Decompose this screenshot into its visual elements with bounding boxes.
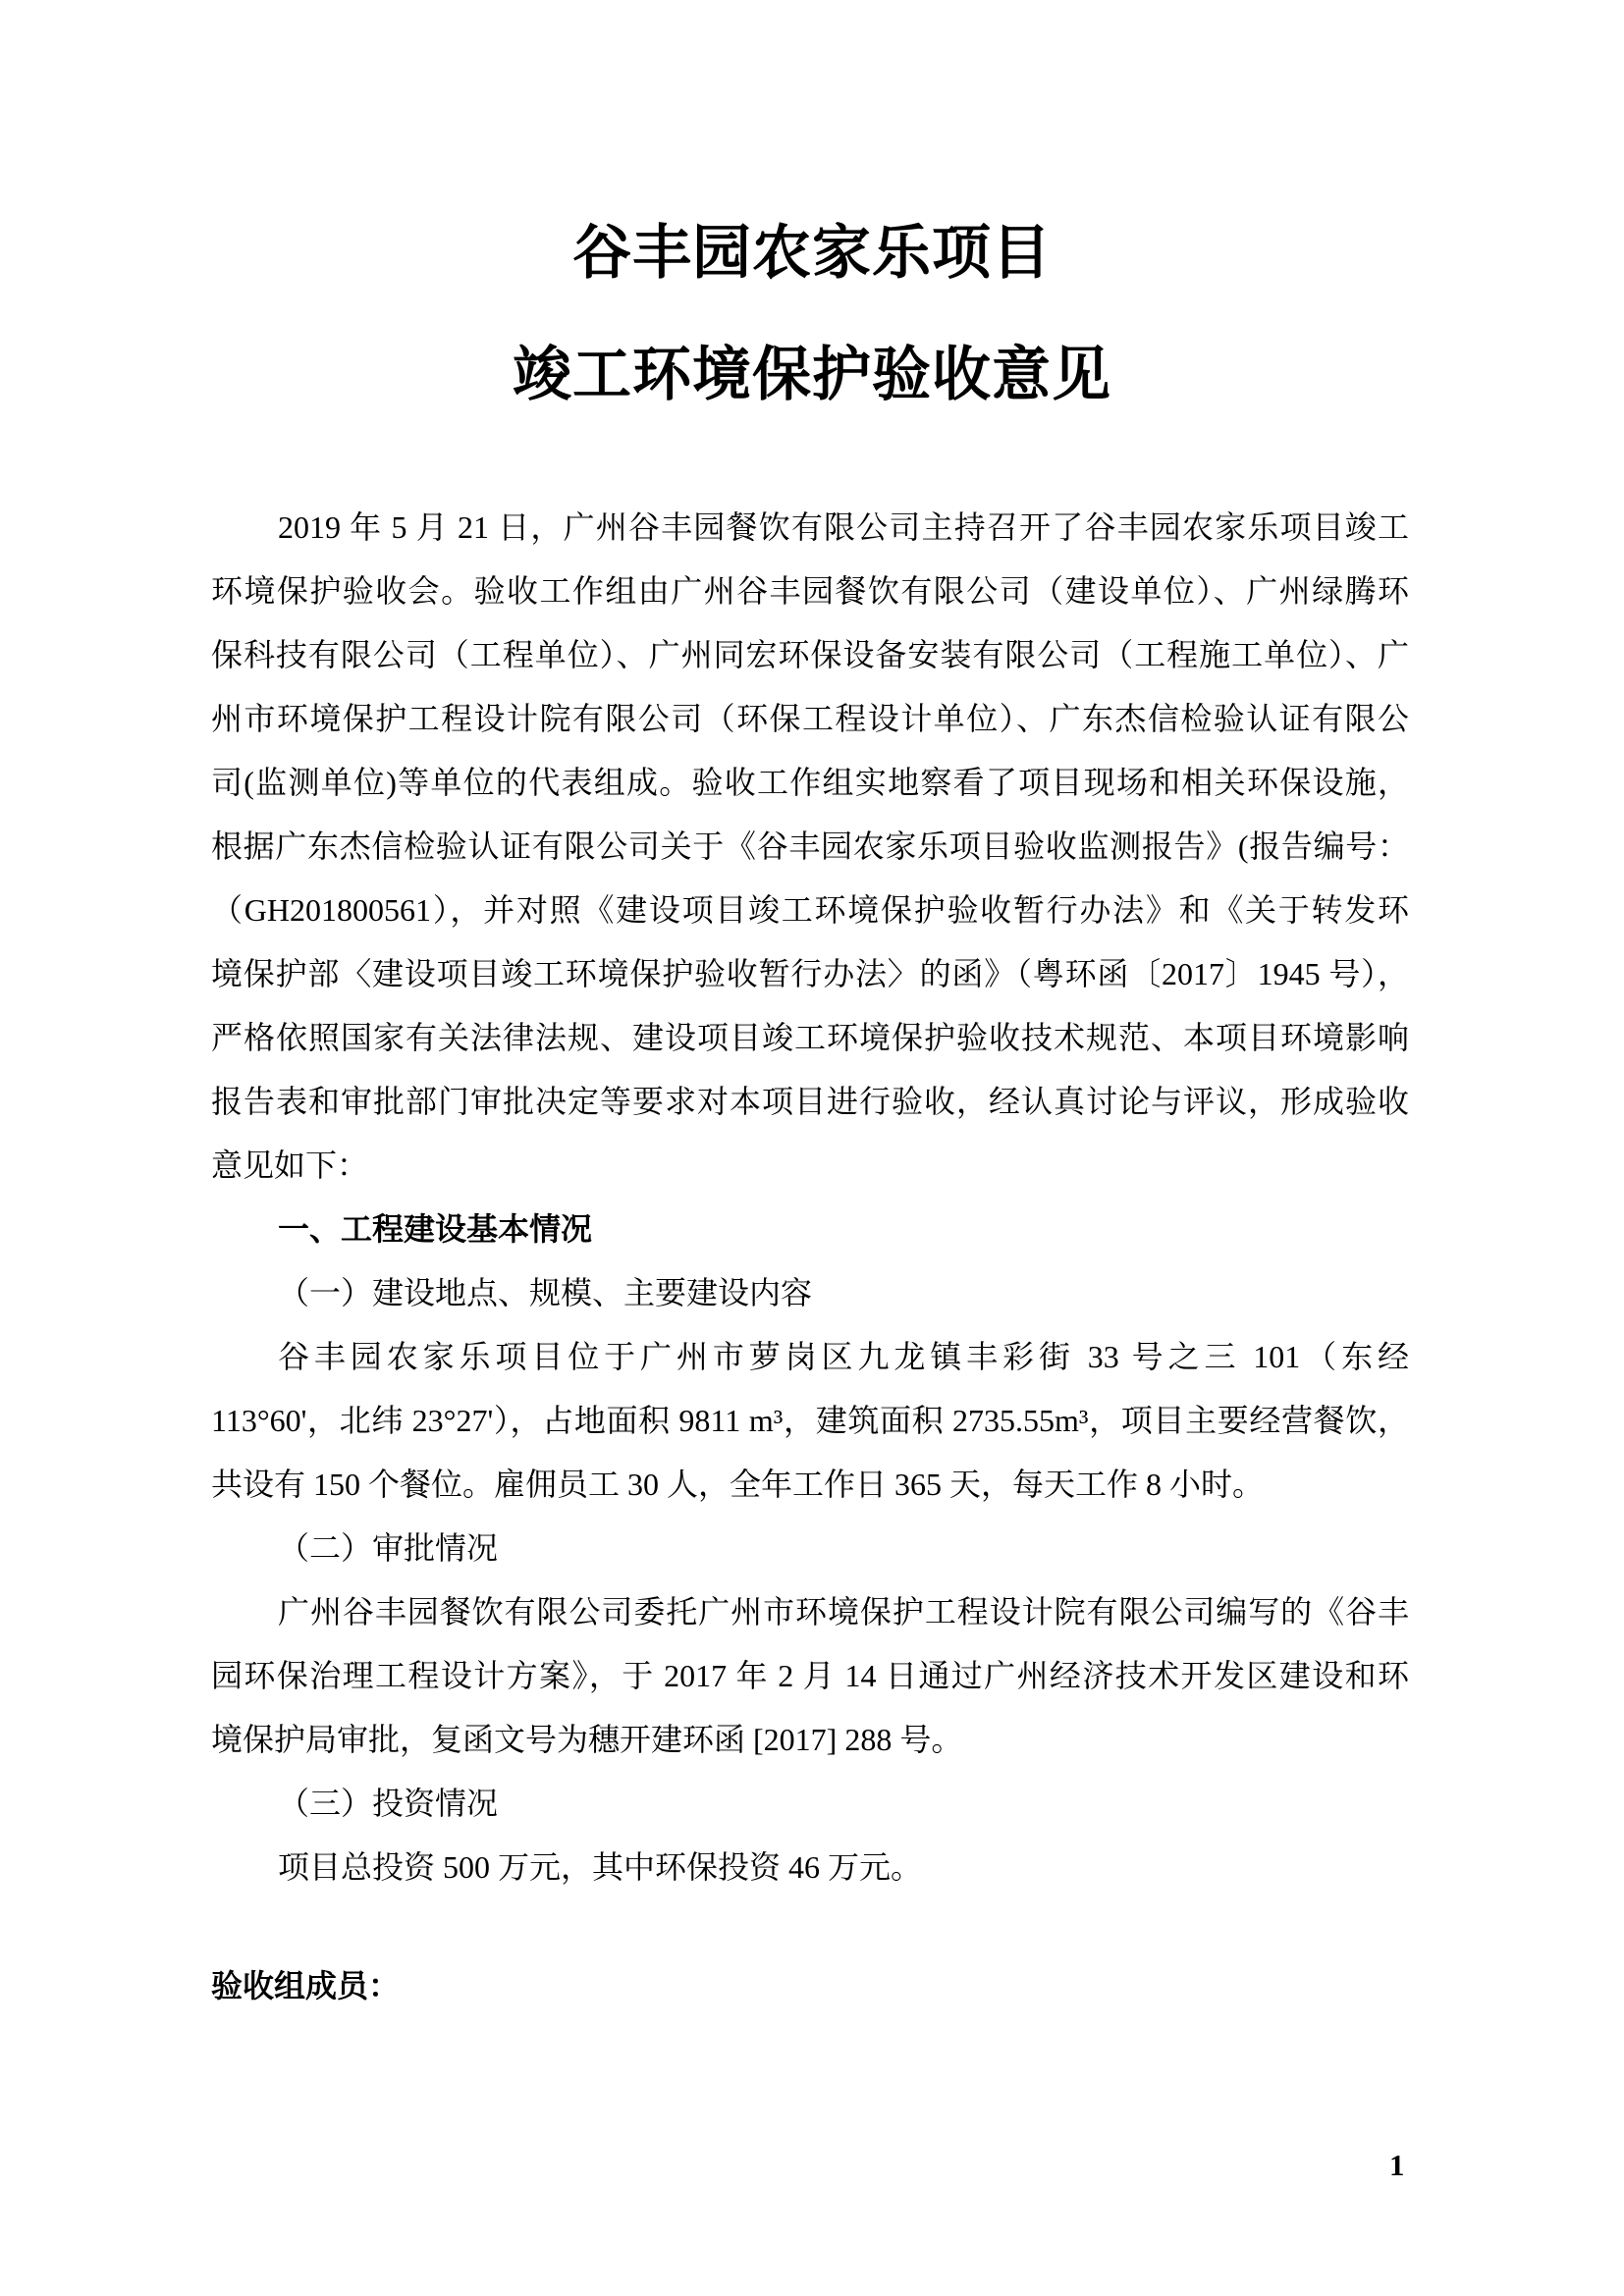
acceptance-group-members-label: 验收组成员：	[211, 1961, 400, 2010]
page-number: 1	[1389, 2146, 1448, 2185]
intro-line: 意见如下：	[211, 1134, 1409, 1198]
intro-line: 报告表和审批部门审批决定等要求对本项目进行验收，经认真讨论与评议，形成验收	[211, 1070, 1409, 1134]
subsection-3-heading: （三）投资情况	[211, 1772, 1409, 1836]
subsection-1-line: 113°60'，北纬 23°27'），占地面积 9811 m³，建筑面积 273…	[211, 1389, 1409, 1453]
subsection-2-heading: （二）审批情况	[211, 1517, 1409, 1580]
subsection-1-heading: （一）建设地点、规模、主要建设内容	[211, 1261, 1409, 1325]
section-1-heading: 一、工程建设基本情况	[211, 1198, 1409, 1261]
intro-line: 严格依照国家有关法律法规、建设项目竣工环境保护验收技术规范、本项目环境影响	[211, 1006, 1409, 1070]
document-page: 谷丰园农家乐项目 竣工环境保护验收意见 2019 年 5 月 21 日，广州谷丰…	[0, 0, 1624, 2296]
subsection-2-line: 广州谷丰园餐饮有限公司委托广州市环境保护工程设计院有限公司编写的《谷丰	[211, 1580, 1409, 1644]
intro-line: 保科技有限公司（工程单位）、广州同宏环保设备安装有限公司（工程施工单位）、广	[211, 623, 1409, 687]
intro-line: 司(监测单位)等单位的代表组成。验收工作组实地察看了项目现场和相关环保设施，	[211, 751, 1409, 815]
intro-line: 境保护部〈建设项目竣工环境保护验收暂行办法〉的函》（粤环函〔2017〕1945 …	[211, 942, 1409, 1006]
intro-line: （GH201800561），并对照《建设项目竣工环境保护验收暂行办法》和《关于转…	[211, 879, 1409, 942]
intro-line: 根据广东杰信检验认证有限公司关于《谷丰园农家乐项目验收监测报告》(报告编号：	[211, 815, 1409, 879]
intro-line: 州市环境保护工程设计院有限公司（环保工程设计单位）、广东杰信检验认证有限公	[211, 687, 1409, 751]
document-title-line-2: 竣工环境保护验收意见	[0, 340, 1624, 410]
subsection-1-line: 谷丰园农家乐项目位于广州市萝岗区九龙镇丰彩街 33 号之三 101（东经	[211, 1325, 1409, 1389]
subsection-1-line: 共设有 150 个餐位。雇佣员工 30 人，全年工作日 365 天，每天工作 8…	[211, 1453, 1409, 1517]
intro-line: 环境保护验收会。验收工作组由广州谷丰园餐饮有限公司（建设单位）、广州绿腾环	[211, 560, 1409, 623]
subsection-2-line: 园环保治理工程设计方案》，于 2017 年 2 月 14 日通过广州经济技术开发…	[211, 1644, 1409, 1708]
document-body: 2019 年 5 月 21 日，广州谷丰园餐饮有限公司主持召开了谷丰园农家乐项目…	[211, 496, 1409, 1899]
intro-line: 2019 年 5 月 21 日，广州谷丰园餐饮有限公司主持召开了谷丰园农家乐项目…	[211, 496, 1409, 560]
subsection-3-line: 项目总投资 500 万元，其中环保投资 46 万元。	[211, 1836, 1409, 1899]
document-title-line-1: 谷丰园农家乐项目	[0, 218, 1624, 289]
subsection-2-line: 境保护局审批，复函文号为穗开建环函 [2017] 288 号。	[211, 1708, 1409, 1772]
